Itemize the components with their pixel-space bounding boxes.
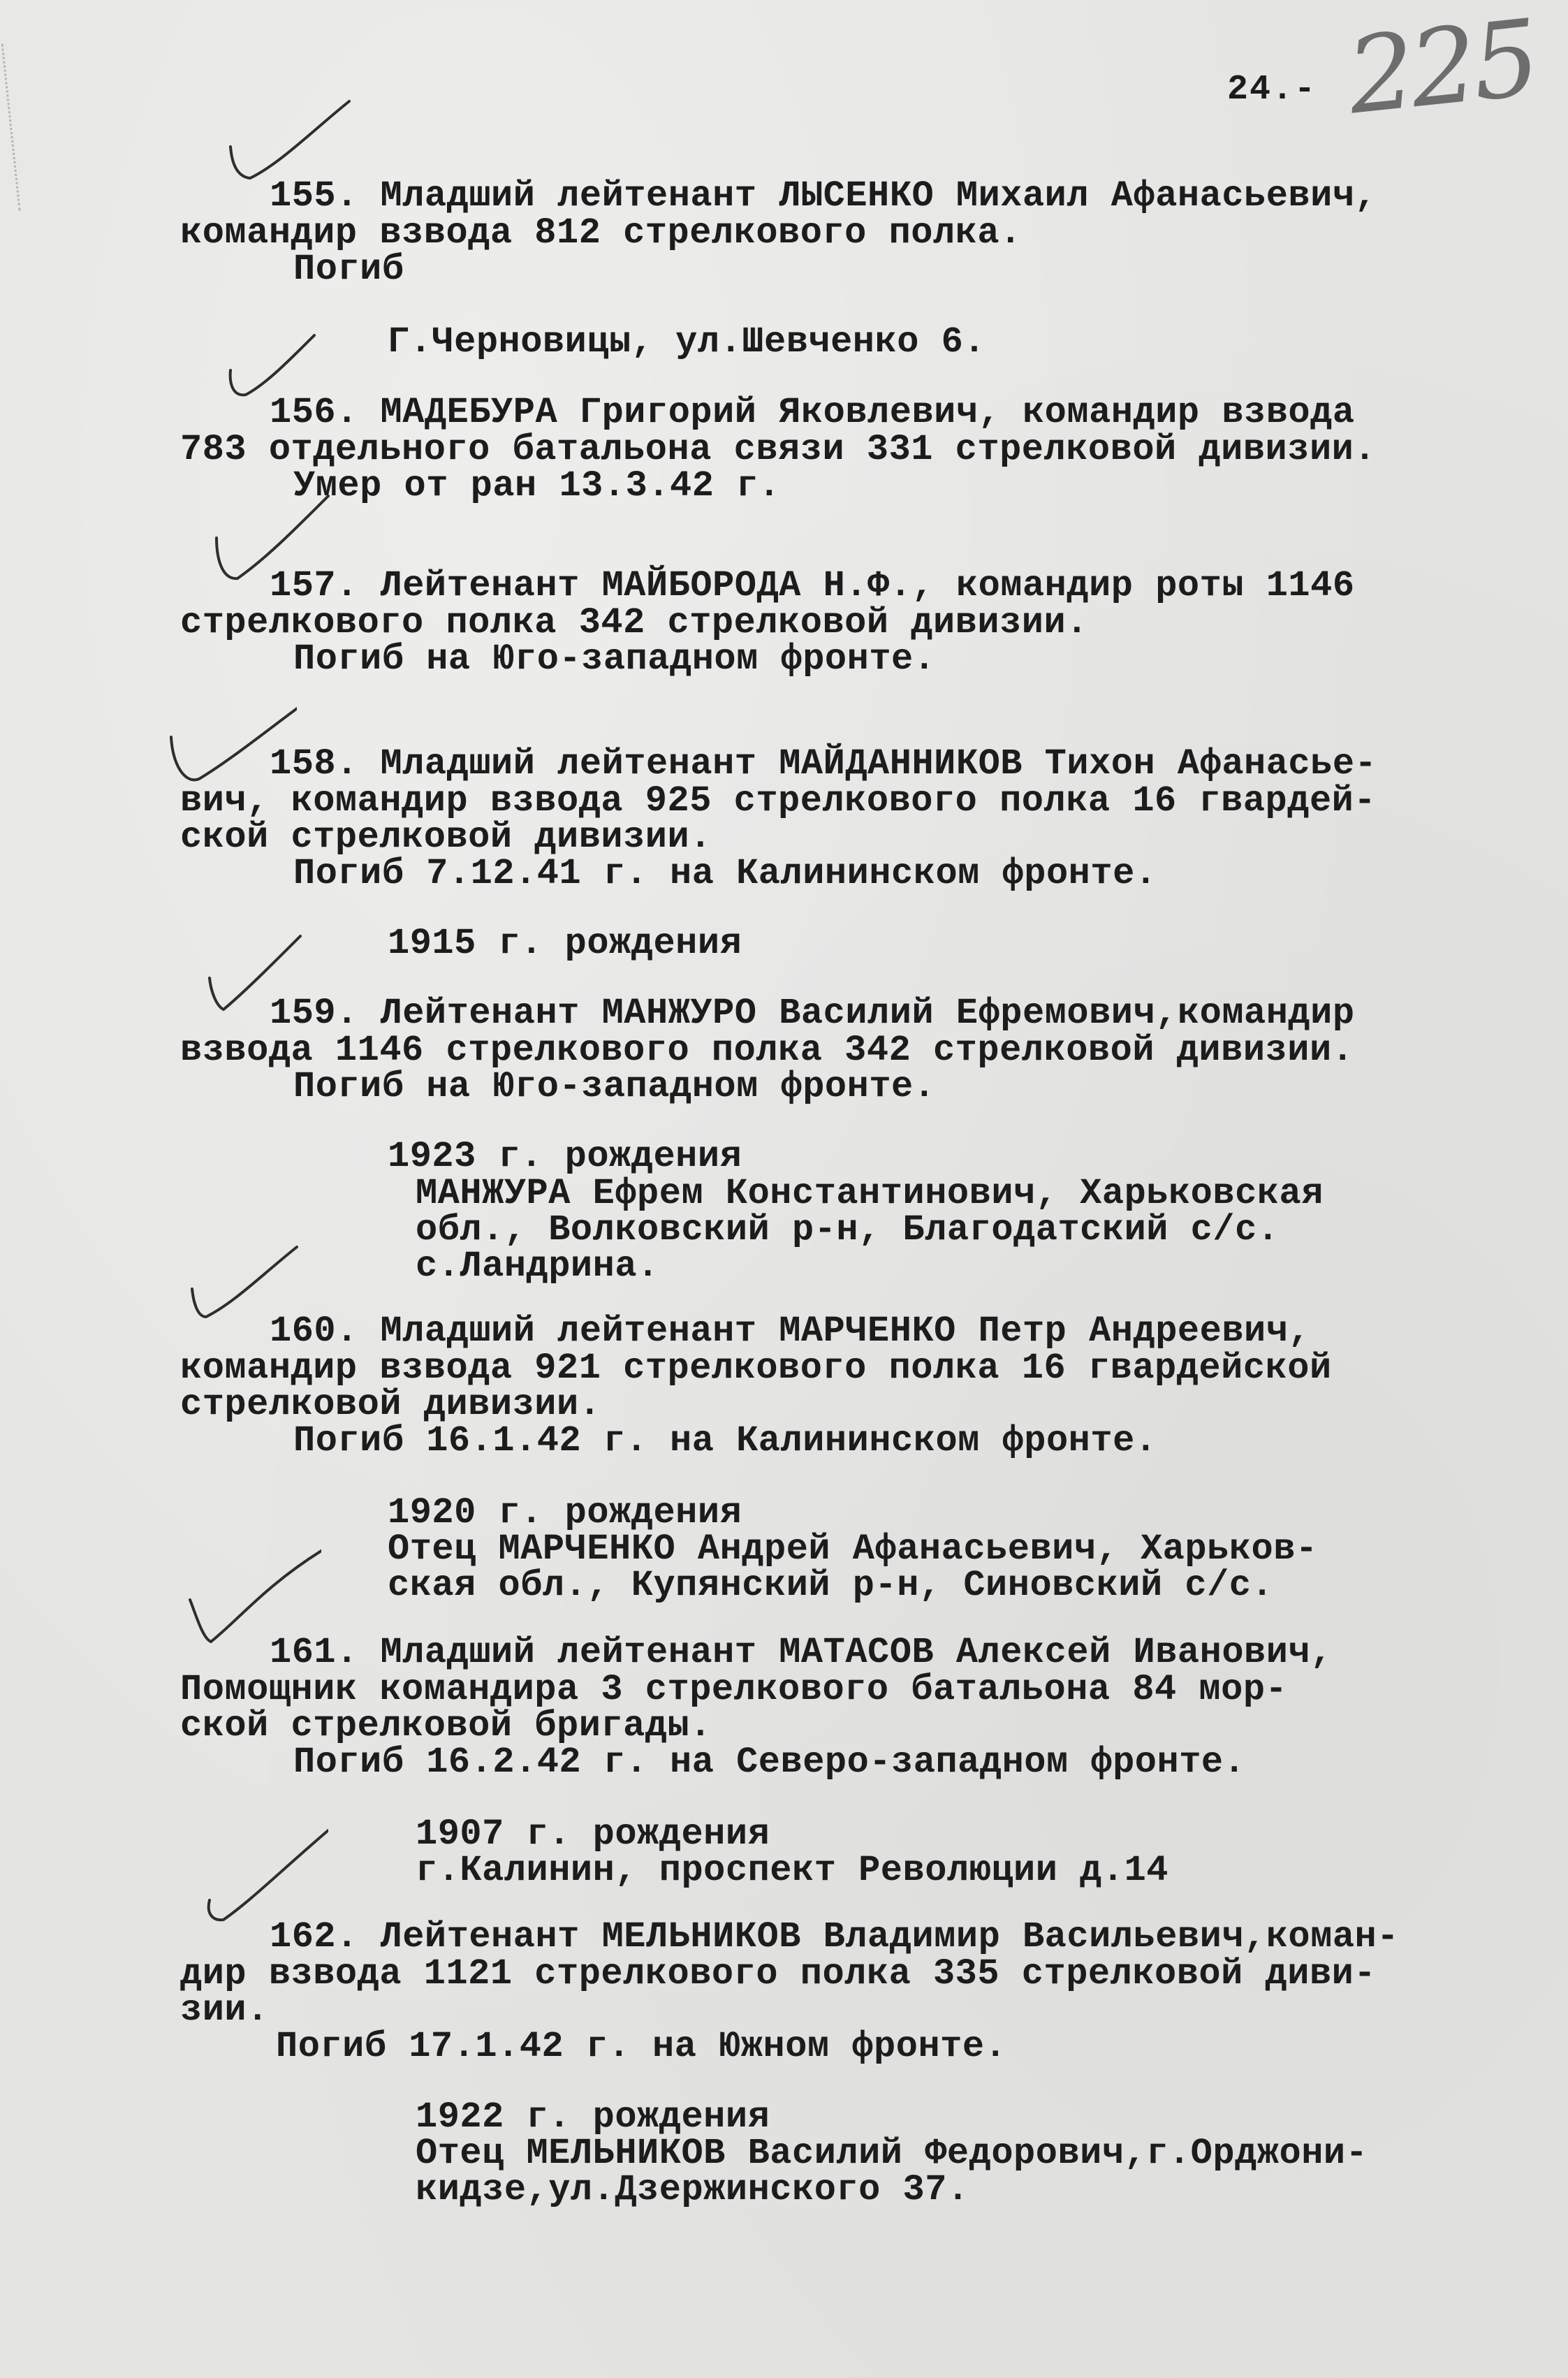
entry-160-line-1: 160. Младший лейтенант МАРЧЕНКО Петр Анд…: [270, 1313, 1310, 1350]
archive-sheet-number: 225: [1342, 0, 1541, 138]
entry-156-line-1: 156. МАДЕБУРА Григорий Яковлевич, команд…: [270, 395, 1355, 431]
entry-160-detail-1: 1920 г. рождения: [388, 1495, 742, 1531]
entry-161-line-1: 161. Младший лейтенант МАТАСОВ Алексей И…: [270, 1635, 1333, 1671]
entry-159-detail-3: обл., Волковский р-н, Благодатский с/с.: [416, 1212, 1280, 1248]
entry-157-line-3: Погиб на Юго-западном фронте.: [293, 641, 935, 678]
document-page: 24.- 225 155. Младший лейтенант ЛЫСЕНКО …: [0, 0, 1568, 2378]
entry-162-detail-2: Отец МЕЛЬНИКОВ Василий Федорович,г.Орджо…: [416, 2136, 1368, 2172]
entry-155-line-2: командир взвода 812 стрелкового полка.: [180, 215, 1022, 251]
entry-159-line-1: 159. Лейтенант МАНЖУРО Василий Ефремович…: [270, 995, 1355, 1032]
entry-162-line-3: зии.: [180, 1992, 269, 2029]
entry-161-line-3: ской стрелковой бригады.: [180, 1708, 712, 1744]
entry-159-detail-4: с.Ландрина.: [416, 1248, 659, 1285]
entry-158-line-3: ской стрелковой дивизии.: [180, 819, 712, 856]
entry-156-line-3: Умер от ран 13.3.42 г.: [293, 468, 781, 504]
entry-161-line-2: Помощник командира 3 стрелкового батальо…: [180, 1672, 1287, 1708]
entry-161-line-4: Погиб 16.2.42 г. на Северо-западном фрон…: [293, 1744, 1245, 1781]
entry-158-line-2: вич, командир взвода 925 стрелкового пол…: [180, 783, 1376, 819]
entry-158-detail-1: 1915 г. рождения: [388, 926, 742, 962]
entry-156-line-2: 783 отдельного батальона связи 331 стрел…: [180, 432, 1376, 468]
entry-162-line-1: 162. Лейтенант МЕЛЬНИКОВ Владимир Василь…: [270, 1919, 1399, 1955]
entry-159-detail-1: 1923 г. рождения: [388, 1139, 742, 1175]
entry-155-line-1: 155. Младший лейтенант ЛЫСЕНКО Михаил Аф…: [270, 178, 1377, 214]
entry-157-line-2: стрелкового полка 342 стрелковой дивизии…: [180, 605, 1088, 641]
entry-159-detail-2: МАНЖУРА Ефрем Константинович, Харьковска…: [416, 1176, 1324, 1212]
entry-161-detail-2: г.Калинин, проспект Революции д.14: [416, 1853, 1168, 1889]
entry-160-line-2: командир взвода 921 стрелкового полка 16…: [180, 1350, 1332, 1387]
entry-162-line-2: дир взвода 1121 стрелкового полка 335 ст…: [180, 1956, 1376, 1992]
entry-158-line-4: Погиб 7.12.41 г. на Калининском фронте.: [293, 856, 1157, 892]
entry-155-detail-1: Г.Черновицы, ул.Шевченко 6.: [388, 324, 986, 360]
entry-158-line-1: 158. Младший лейтенант МАЙДАННИКОВ Тихон…: [270, 746, 1377, 782]
entry-160-detail-3: ская обл., Купянский р-н, Синовский с/с.: [388, 1568, 1273, 1604]
entry-162-line-4: Погиб 17.1.42 г. на Южном фронте.: [276, 2029, 1006, 2065]
entry-159-line-2: взвода 1146 стрелкового полка 342 стрелк…: [180, 1033, 1354, 1069]
entry-160-detail-2: Отец МАРЧЕНКО Андрей Афанасьевич, Харько…: [388, 1531, 1318, 1568]
margin-smudge: [1, 41, 49, 210]
entry-155-line-3: Погиб: [293, 251, 404, 288]
entry-162-detail-1: 1922 г. рождения: [416, 2099, 770, 2136]
page-number: 24.-: [1227, 70, 1317, 110]
entry-161-detail-1: 1907 г. рождения: [416, 1816, 770, 1853]
entry-159-line-3: Погиб на Юго-западном фронте.: [293, 1069, 935, 1105]
entry-157-line-1: 157. Лейтенант МАЙБОРОДА Н.Ф., командир …: [270, 568, 1355, 604]
entry-160-line-4: Погиб 16.1.42 г. на Калининском фронте.: [293, 1423, 1157, 1459]
entry-160-line-3: стрелковой дивизии.: [180, 1387, 601, 1423]
entry-162-detail-3: кидзе,ул.Дзержинского 37.: [416, 2172, 969, 2208]
